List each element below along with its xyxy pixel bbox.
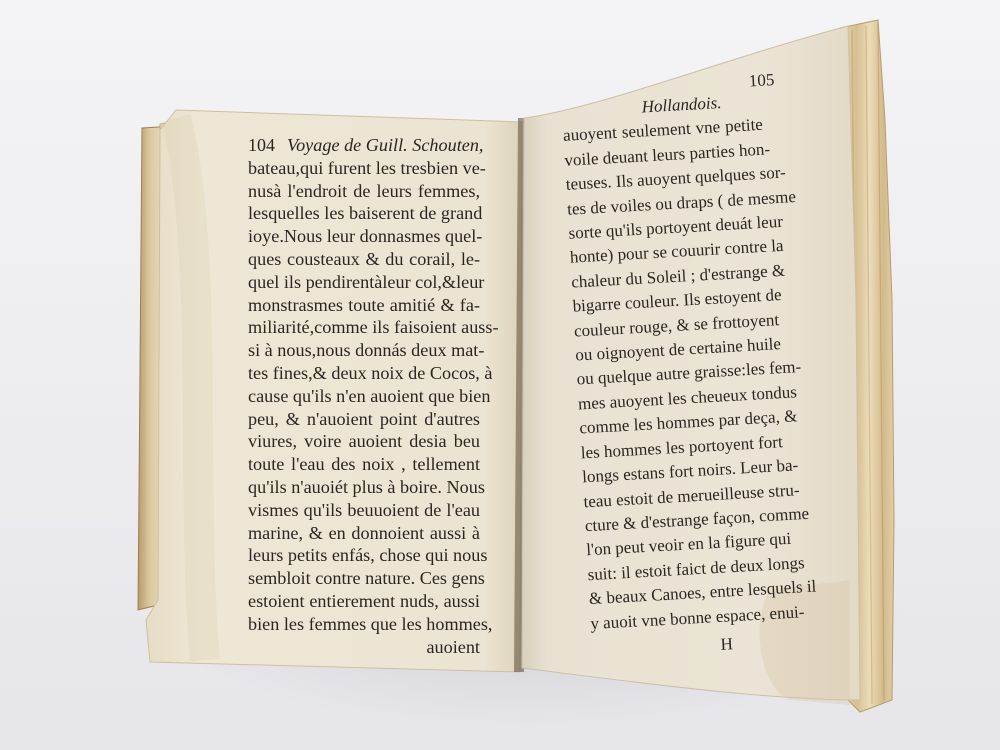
catchword: auoient: [248, 636, 480, 659]
left-running-head: Voyage de Guill. Schouten,: [287, 134, 483, 157]
text-line: tes fines,& deux noix de Cocos, à: [248, 362, 480, 385]
text-line: peu, & n'auoient point d'autres: [248, 408, 480, 431]
left-running-header: 104 Voyage de Guill. Schouten,: [248, 134, 480, 157]
text-line: marine, & en donnoient aussi à: [248, 522, 480, 545]
text-line: bateau,qui furent les tresbien ve-: [248, 157, 480, 180]
text-line: vismes qu'ils beuuoient de l'eau: [248, 499, 480, 522]
text-line: ioye.Nous leur donnasmes quel-: [248, 225, 480, 248]
left-page-text: 104 Voyage de Guill. Schouten, bateau,qu…: [248, 134, 480, 658]
text-line: sembloit contre nature. Ces gens: [248, 567, 480, 590]
right-page-text: 105 Hollandois. auoyent seulement vne pe…: [560, 69, 792, 665]
text-line: nusà l'endroit de leurs femmes,: [248, 180, 480, 203]
left-page-number: 104: [248, 134, 275, 157]
text-line: leurs petits enfás, chose qui nous: [248, 544, 480, 567]
text-line: bien les femmes que les hommes,: [248, 613, 480, 636]
text-line: cause qu'ils n'en auoient que bien: [248, 385, 480, 408]
text-line: quel ils pendirentàleur col,&leur: [248, 271, 480, 294]
text-line: monstrasmes toute amitié & fa-: [248, 294, 480, 317]
text-line: toute l'eau des noix , tellement: [248, 453, 480, 476]
text-line: lesquelles les baiserent de grand: [248, 202, 480, 225]
text-line: miliarité,comme ils faisoient auss-: [248, 316, 480, 339]
text-line: si à nous,nous donnás deux mat-: [248, 339, 480, 362]
text-line: viures, voire auoient desia beu: [248, 430, 480, 453]
photo-scene: 104 Voyage de Guill. Schouten, bateau,qu…: [0, 0, 1000, 750]
text-line: qu'ils n'auoiét plus à boire. Nous: [248, 476, 480, 499]
text-line: ques cousteaux & du corail, le-: [248, 248, 480, 271]
open-book: [0, 0, 1000, 750]
right-page-number: 105: [748, 68, 775, 94]
text-line: estoient entierement nuds, aussi: [248, 590, 480, 613]
